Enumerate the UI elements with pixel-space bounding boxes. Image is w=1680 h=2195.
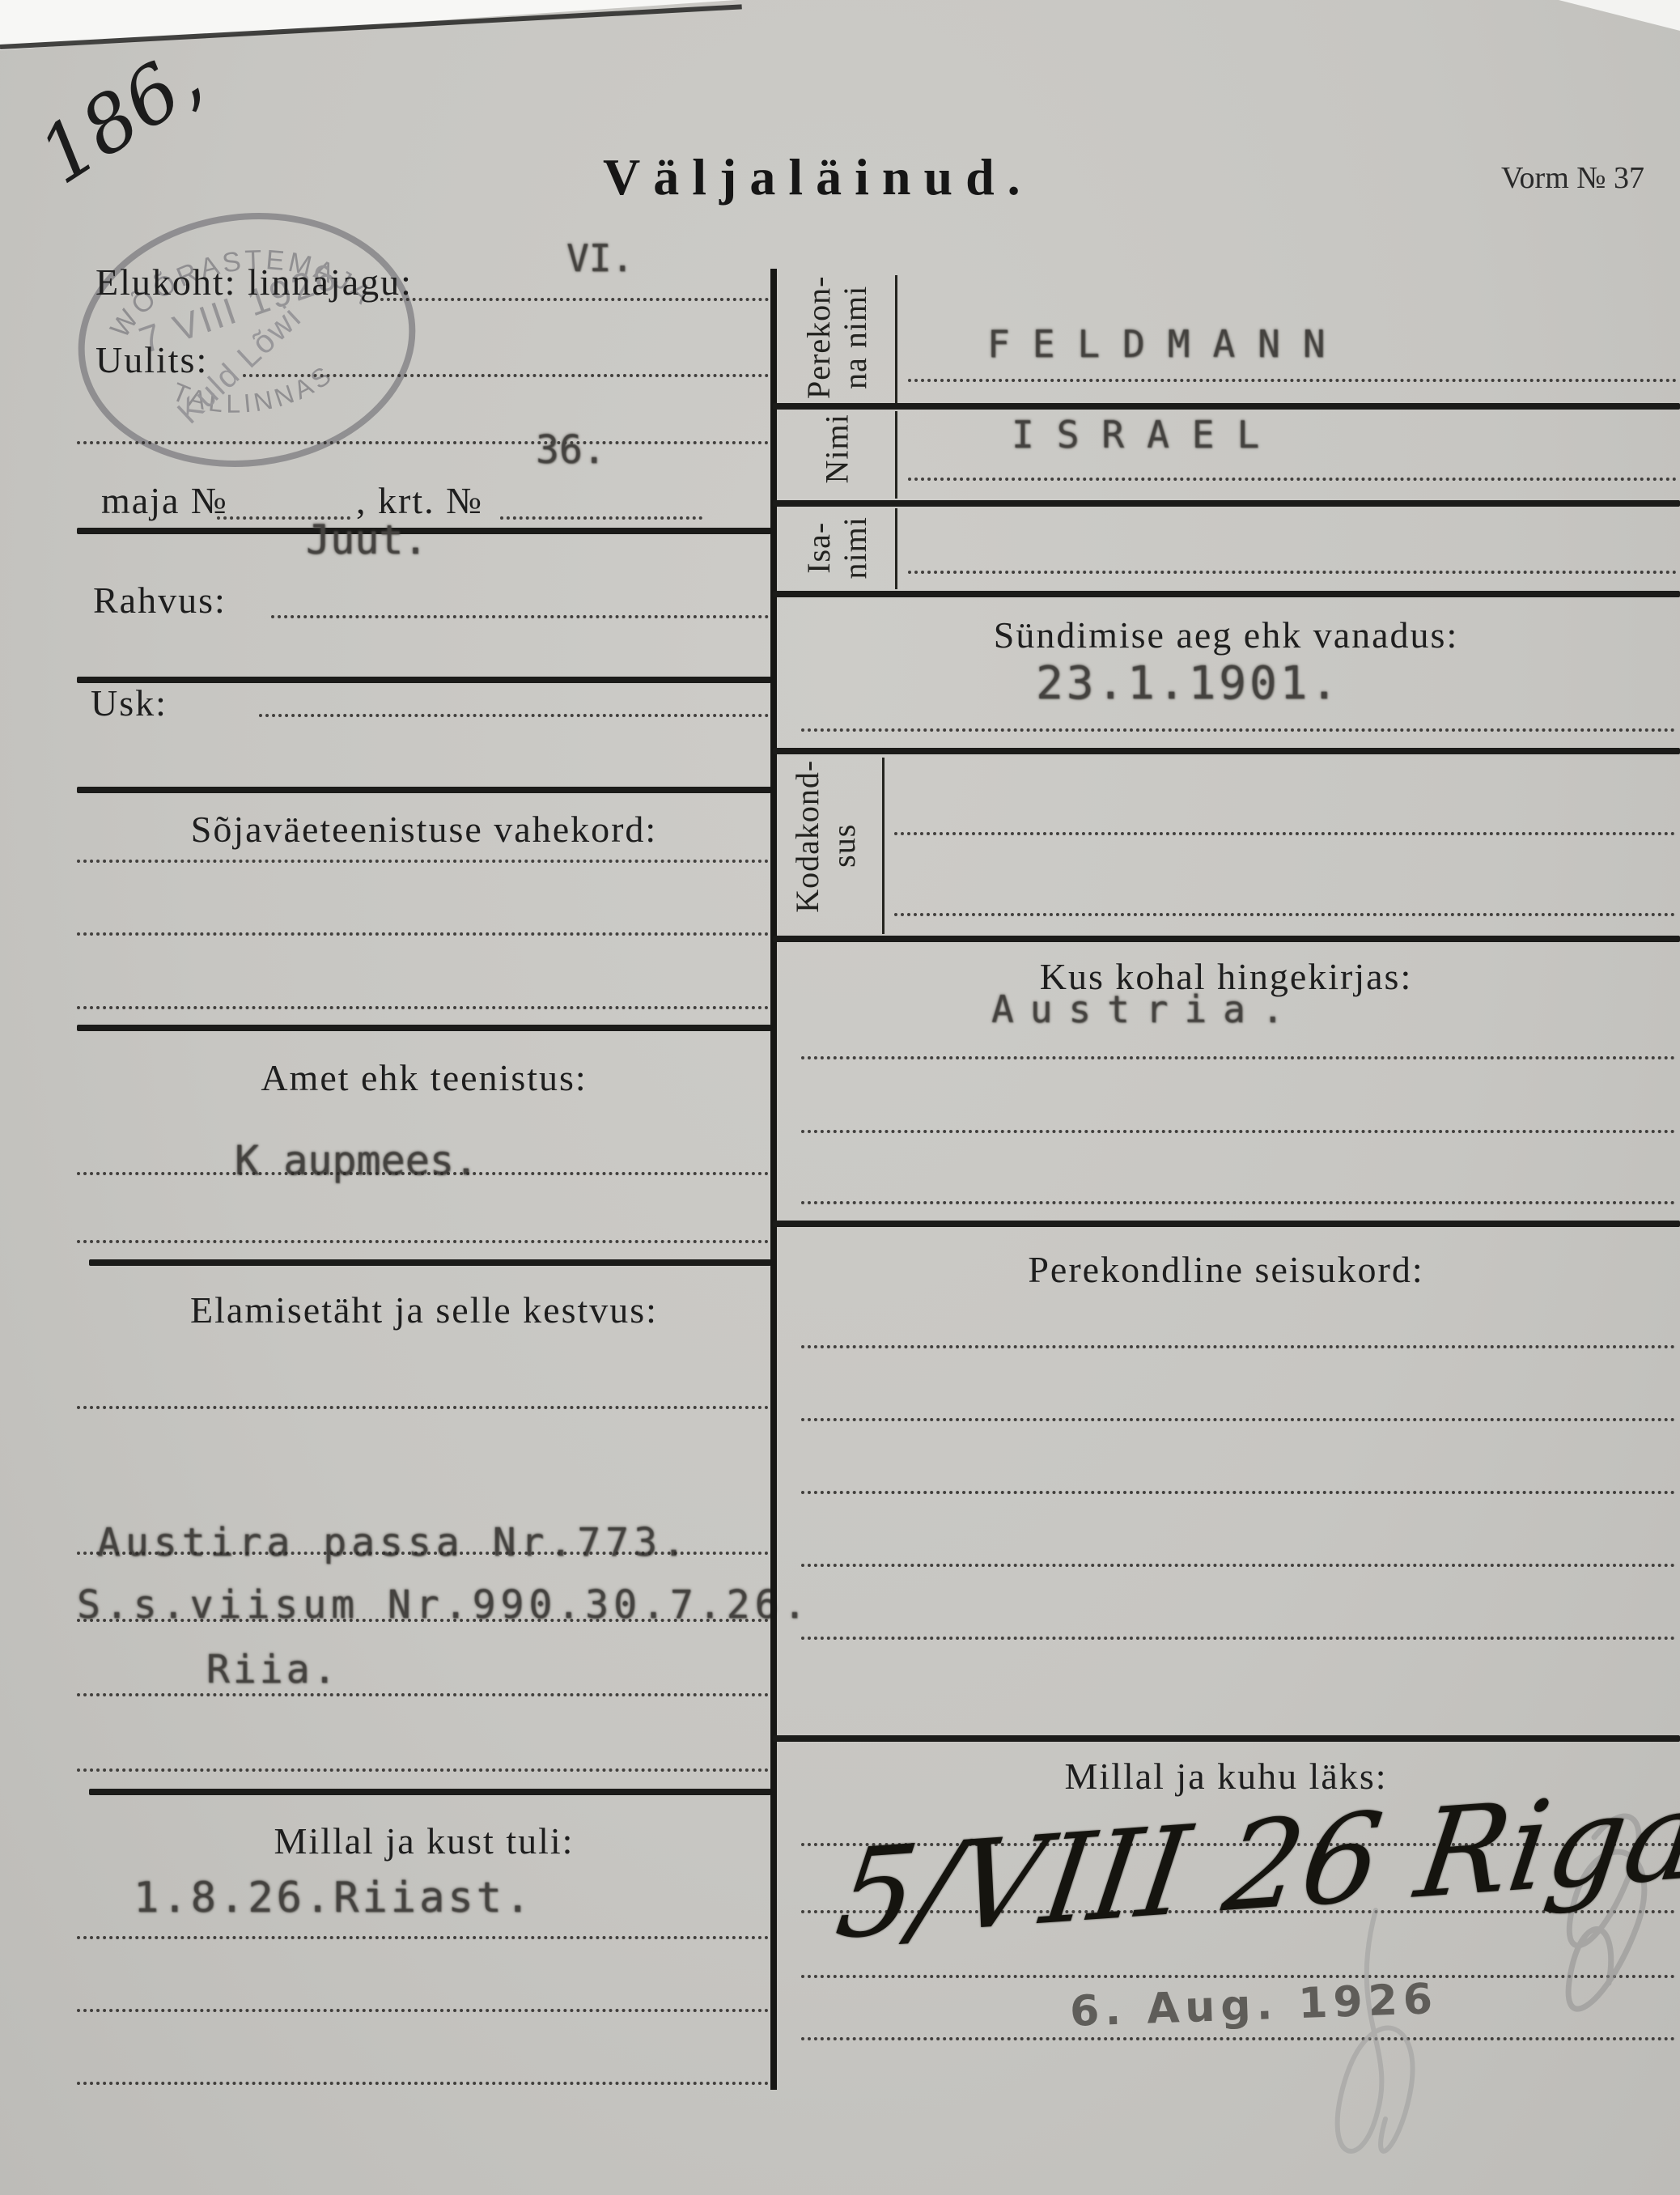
birth-date-value: 23.1.1901.: [1036, 657, 1341, 710]
scanned-form-page: 186, Väljaläinud. Vorm № 37 WÕÕRASTEMAJA…: [0, 0, 1680, 2195]
dotted-line: [77, 860, 769, 863]
dotted-line: [801, 1345, 1675, 1348]
religion-label: Usk:: [91, 681, 168, 724]
nationality-label: Rahvus:: [93, 579, 227, 622]
dotted-line: [894, 913, 1675, 916]
arrival-header: Millal ja kust tuli:: [77, 1819, 771, 1862]
dotted-line: [243, 374, 769, 377]
dotted-line: [77, 1768, 769, 1772]
thick-rule: [89, 1259, 771, 1266]
street-label: Uulits:: [95, 338, 208, 381]
label-cell-rule: [895, 508, 897, 589]
form-title: Väljaläinud.: [603, 147, 1033, 207]
father-label-line1: Isa-: [800, 522, 837, 574]
house-number-label: maja №: [101, 479, 228, 522]
surname-label-line1: Perekon-: [800, 276, 837, 399]
citizenship-field-label: Kodakond- sus: [790, 779, 863, 913]
arrival-value: 1.8.26.Riiast.: [134, 1874, 533, 1922]
dotted-line: [271, 615, 769, 618]
dotted-line: [801, 1564, 1675, 1567]
dotted-line: [259, 714, 769, 717]
surname-label-line2: na nimi: [837, 286, 873, 389]
dotted-line: [77, 441, 769, 444]
dotted-line: [77, 1552, 769, 1555]
thick-rule: [773, 748, 1680, 754]
dotted-line: [77, 1406, 769, 1409]
thick-rule: [773, 936, 1680, 942]
dotted-line: [77, 1936, 769, 1939]
dotted-line: [801, 1637, 1675, 1640]
permit-line1: Austira passa Nr.773.: [97, 1520, 690, 1565]
name-value: ISRAEL: [1012, 413, 1282, 456]
thick-rule: [77, 677, 771, 683]
scan-background-top: [0, 0, 1680, 57]
dotted-line: [894, 832, 1675, 835]
registry-value: Austria.: [991, 987, 1300, 1031]
dotted-line: [801, 1056, 1675, 1059]
dotted-line: [908, 478, 1677, 481]
dotted-line: [801, 1418, 1675, 1421]
dotted-line: [801, 1491, 1675, 1494]
label-cell-rule: [895, 275, 897, 403]
dotted-line: [380, 298, 769, 301]
dotted-line: [77, 1172, 769, 1175]
dotted-line: [801, 1201, 1675, 1204]
column-divider: [770, 269, 777, 2090]
thick-rule: [77, 1025, 771, 1031]
dotted-line: [500, 516, 702, 520]
thick-rule: [773, 1735, 1680, 1742]
thick-rule: [773, 403, 1680, 410]
name-label-text: Nimi: [819, 414, 855, 483]
form-number: Vorm № 37: [1501, 160, 1644, 196]
birth-date-header: Sündimise aeg ehk vanadus:: [781, 613, 1671, 656]
nationality-value: Juut.: [306, 516, 428, 563]
dotted-line: [77, 1693, 769, 1696]
dotted-line: [908, 571, 1677, 574]
residence-permit-header: Elamisetäht ja selle kestvus:: [77, 1289, 771, 1331]
dotted-line: [77, 1619, 769, 1622]
scan-background-corner: [1559, 0, 1680, 31]
family-status-header: Perekondline seisukord:: [781, 1248, 1671, 1291]
label-cell-rule: [895, 411, 897, 499]
district-value: VI.: [566, 236, 634, 280]
dotted-line: [801, 1130, 1675, 1133]
dotted-line: [77, 1240, 769, 1243]
dotted-line: [801, 728, 1675, 732]
thick-rule: [773, 1221, 1680, 1227]
occupation-value: K aupmees.: [235, 1137, 478, 1184]
citizenship-label-line1: Kodakond-: [789, 760, 825, 913]
thick-rule: [89, 1789, 771, 1795]
dotted-line: [77, 2009, 769, 2012]
thick-rule: [773, 591, 1680, 597]
permit-line3: Riia.: [206, 1647, 340, 1692]
occupation-header: Amet ehk teenistus:: [77, 1056, 771, 1099]
father-label-line2: nimi: [837, 516, 873, 579]
dotted-line: [908, 379, 1677, 382]
military-service-header: Sõjaväeteenistuse vahekord:: [77, 808, 771, 851]
thick-rule: [77, 787, 771, 793]
dotted-line: [77, 2082, 769, 2085]
label-cell-rule: [882, 758, 885, 934]
surname-value: FELDMANN: [987, 322, 1348, 366]
residence-label: Elukoht: linnajagu:: [95, 261, 413, 304]
citizenship-label-line2: sus: [825, 824, 862, 868]
thick-rule: [773, 500, 1680, 507]
apartment-number-value: 36.: [536, 427, 606, 473]
handwritten-register-number: 186,: [23, 32, 218, 202]
dotted-line: [77, 1006, 769, 1009]
dotted-line: [77, 932, 769, 936]
